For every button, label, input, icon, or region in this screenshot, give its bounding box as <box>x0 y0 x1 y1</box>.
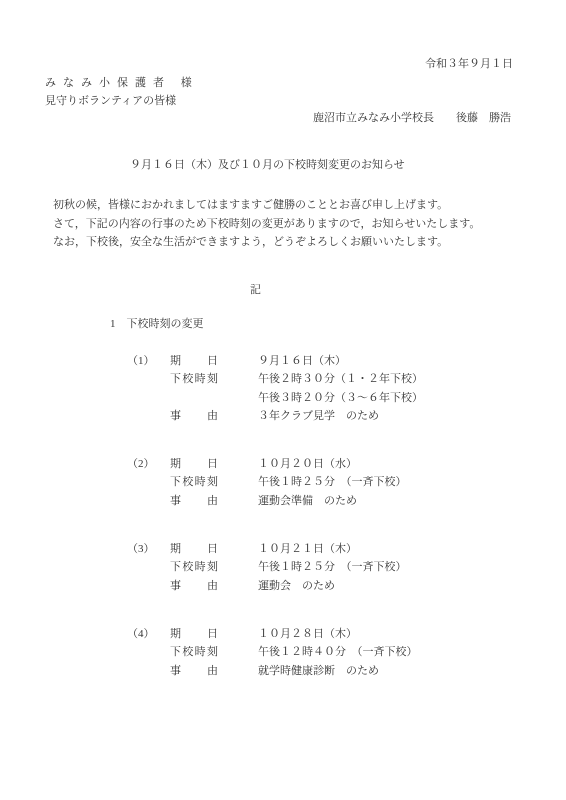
item-number: （3） <box>127 540 170 558</box>
item-number-spacer <box>127 577 170 595</box>
row-value: 運動会 のため <box>258 577 335 595</box>
row-label: 事由 <box>170 577 218 595</box>
schedule-item-1: （1） 期日 ９月１６日（木） 下校時刻 午後２時３０分（１・２年下校） 午後３… <box>0 352 566 425</box>
row-value: 就学時健康診断 のため <box>258 662 379 680</box>
document-date: 令和３年９月１日 <box>425 57 513 71</box>
row-label: 下校時刻 <box>170 473 218 491</box>
schedule-item-4: （4） 期日 １０月２８日（木） 下校時刻 午後１２時４０分 （一斉下校） 事由… <box>0 625 566 680</box>
schedule-row: 下校時刻 午後１時２５分 （一斉下校） <box>0 473 566 491</box>
row-label: 下校時刻 <box>170 558 218 576</box>
recipient-parents: みなみ小保護者 様 <box>45 76 199 90</box>
item-number-spacer <box>127 662 170 680</box>
row-value: 午後１時２５分 （一斉下校） <box>258 473 407 491</box>
schedule-row: （1） 期日 ９月１６日（木） <box>0 352 566 370</box>
schedule-row: （3） 期日 １０月２１日（木） <box>0 540 566 558</box>
row-label: 下校時刻 <box>170 643 218 661</box>
item-number: （4） <box>127 625 170 643</box>
item-number-spacer <box>127 643 170 661</box>
request-paragraph: なお，下校後，安全な生活ができますよう，どうぞよろしくお願いいたします。 <box>45 233 536 252</box>
row-label: 事由 <box>170 407 218 425</box>
row-value: 午後１時２５分 （一斉下校） <box>258 558 407 576</box>
schedule-item-3: （3） 期日 １０月２１日（木） 下校時刻 午後１時２５分 （一斉下校） 事由 … <box>0 540 566 595</box>
item-number: （1） <box>127 352 170 370</box>
row-label: 期日 <box>170 540 218 558</box>
section-heading: 1 下校時刻の変更 <box>110 315 204 331</box>
sender-principal: 鹿沼市立みなみ小学校長 後藤 勝浩 <box>313 111 511 125</box>
row-value: 運動会準備 のため <box>258 492 357 510</box>
row-value: ９月１６日（木） <box>258 352 346 370</box>
row-label: 期日 <box>170 455 218 473</box>
schedule-row: 事由 運動会準備 のため <box>0 492 566 510</box>
schedule-row: 下校時刻 午後２時３０分（１・２年下校） <box>0 370 566 388</box>
item-number-spacer <box>127 492 170 510</box>
greeting-section: 初秋の候，皆様におかれましてはますますご健勝のこととお喜び申し上げます。 さて，… <box>45 196 536 252</box>
row-value: １０月２８日（木） <box>258 625 357 643</box>
row-value: 午後２時３０分（１・２年下校） <box>258 370 423 388</box>
record-marker: 記 <box>250 281 261 297</box>
document-title: ９月１６日（木）及び１０月の下校時刻変更のお知らせ <box>130 156 405 172</box>
schedule-row: （2） 期日 １０月２０日（水） <box>0 455 566 473</box>
item-number-spacer <box>127 370 170 388</box>
row-value: 午後３時２０分（３～６年下校） <box>258 389 423 407</box>
item-number-spacer <box>127 407 170 425</box>
item-number-spacer <box>127 389 170 407</box>
notice-paragraph: さて，下記の内容の行事のため下校時刻の変更がありますので，お知らせいたします。 <box>45 215 536 234</box>
schedule-row: （4） 期日 １０月２８日（木） <box>0 625 566 643</box>
item-number: （2） <box>127 455 170 473</box>
row-label: 期日 <box>170 352 218 370</box>
row-value: 午後１２時４０分 （一斉下校） <box>258 643 418 661</box>
item-number-spacer <box>127 473 170 491</box>
schedule-item-2: （2） 期日 １０月２０日（水） 下校時刻 午後１時２５分 （一斉下校） 事由 … <box>0 455 566 510</box>
row-label: 事由 <box>170 662 218 680</box>
greeting-paragraph: 初秋の候，皆様におかれましてはますますご健勝のこととお喜び申し上げます。 <box>45 196 536 215</box>
row-value: １０月２１日（木） <box>258 540 357 558</box>
schedule-row: 事由 就学時健康診断 のため <box>0 662 566 680</box>
schedule-list: （1） 期日 ９月１６日（木） 下校時刻 午後２時３０分（１・２年下校） 午後３… <box>0 352 566 710</box>
schedule-row: 下校時刻 午後１時２５分 （一斉下校） <box>0 558 566 576</box>
schedule-row: 事由 ３年クラブ見学 のため <box>0 407 566 425</box>
row-label: 事由 <box>170 492 218 510</box>
row-label: 下校時刻 <box>170 370 218 388</box>
item-number-spacer <box>127 558 170 576</box>
document-page: 令和３年９月１日 みなみ小保護者 様 見守りボランティアの皆様 鹿沼市立みなみ小… <box>0 0 566 800</box>
schedule-row: 下校時刻 午後１２時４０分 （一斉下校） <box>0 643 566 661</box>
schedule-row: 事由 運動会 のため <box>0 577 566 595</box>
row-label: 期日 <box>170 625 218 643</box>
row-value: １０月２０日（水） <box>258 455 357 473</box>
row-value: ３年クラブ見学 のため <box>258 407 379 425</box>
schedule-row: 午後３時２０分（３～６年下校） <box>0 389 566 407</box>
row-label <box>170 389 218 407</box>
recipient-volunteers: 見守りボランティアの皆様 <box>45 94 176 108</box>
